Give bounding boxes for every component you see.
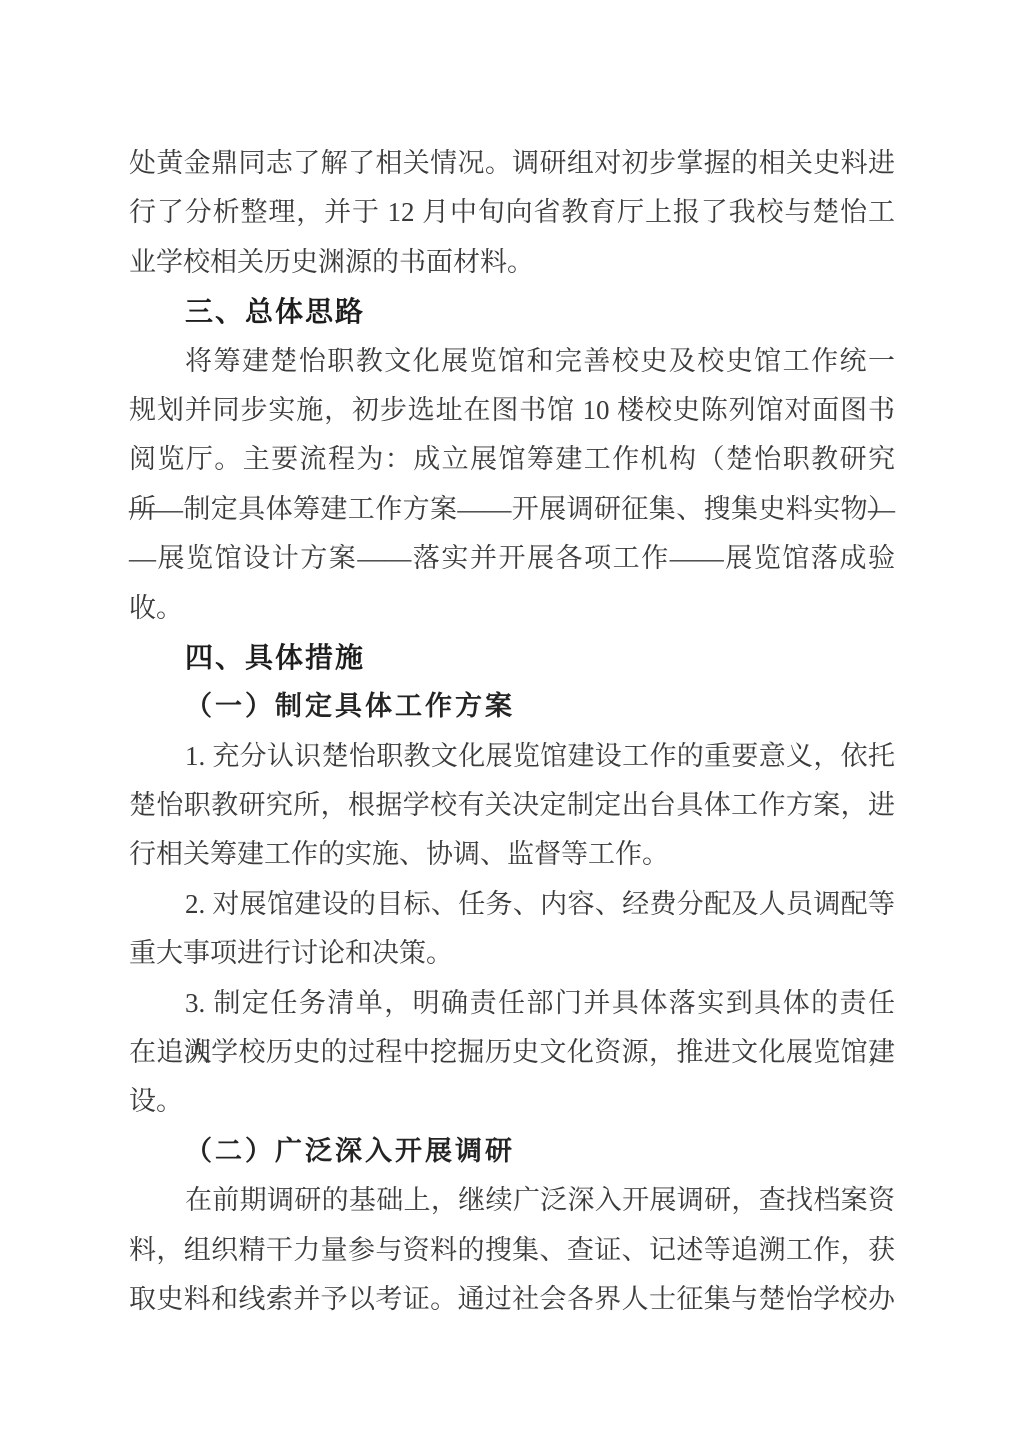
text-line: 楚怡职教研究所，根据学校有关决定制定出台具体工作方案，进 (129, 781, 895, 830)
sub-heading: （一）制定具体工作方案 (129, 682, 895, 731)
text-line: 行相关筹建工作的实施、协调、监督等工作。 (129, 830, 895, 879)
text-line: 业学校相关历史渊源的书面材料。 (129, 238, 895, 287)
section-heading: 三、总体思路 (129, 287, 895, 336)
text-line: 将筹建楚怡职教文化展览馆和完善校史及校史馆工作统一 (129, 337, 895, 386)
text-line: ——制定具体筹建工作方案——开展调研征集、搜集史料实物— (129, 485, 895, 534)
text-line: 1. 充分认识楚怡职教文化展览馆建设工作的重要意义，依托 (129, 732, 895, 781)
sub-heading: （二）广泛深入开展调研 (129, 1127, 895, 1176)
text-line: 在前期调研的基础上，继续广泛深入开展调研，查找档案资 (129, 1176, 895, 1225)
text-line: 规划并同步实施，初步选址在图书馆 10 楼校史陈列馆对面图书 (129, 386, 895, 435)
section-heading: 四、具体措施 (129, 633, 895, 682)
text-line: 行了分析整理，并于 12 月中旬向省教育厅上报了我校与楚怡工 (129, 188, 895, 237)
text-line: 料，组织精干力量参与资料的搜集、查证、记述等追溯工作，获 (129, 1226, 895, 1275)
text-line: 重大事项进行讨论和决策。 (129, 929, 895, 978)
text-line: 2. 对展馆建设的目标、任务、内容、经费分配及人员调配等 (129, 880, 895, 929)
text-line: 在追溯学校历史的过程中挖掘历史文化资源，推进文化展览馆建 (129, 1028, 895, 1077)
document-text-block: 处黄金鼎同志了解了相关情况。调研组对初步掌握的相关史料进行了分析整理，并于 12… (129, 139, 895, 1324)
text-line: 设。 (129, 1077, 895, 1126)
text-line: 取史料和线索并予以考证。通过社会各界人士征集与楚怡学校办 (129, 1275, 895, 1324)
text-line: 阅览厅。主要流程为：成立展馆筹建工作机构（楚怡职教研究所） (129, 435, 895, 484)
text-line: 3. 制定任务清单，明确责任部门并具体落实到具体的责任人， (129, 979, 895, 1028)
document-page: 处黄金鼎同志了解了相关情况。调研组对初步掌握的相关史料进行了分析整理，并于 12… (0, 0, 1024, 1448)
text-line: 处黄金鼎同志了解了相关情况。调研组对初步掌握的相关史料进 (129, 139, 895, 188)
text-line: 收。 (129, 584, 895, 633)
text-line: —展览馆设计方案——落实并开展各项工作——展览馆落成验 (129, 534, 895, 583)
